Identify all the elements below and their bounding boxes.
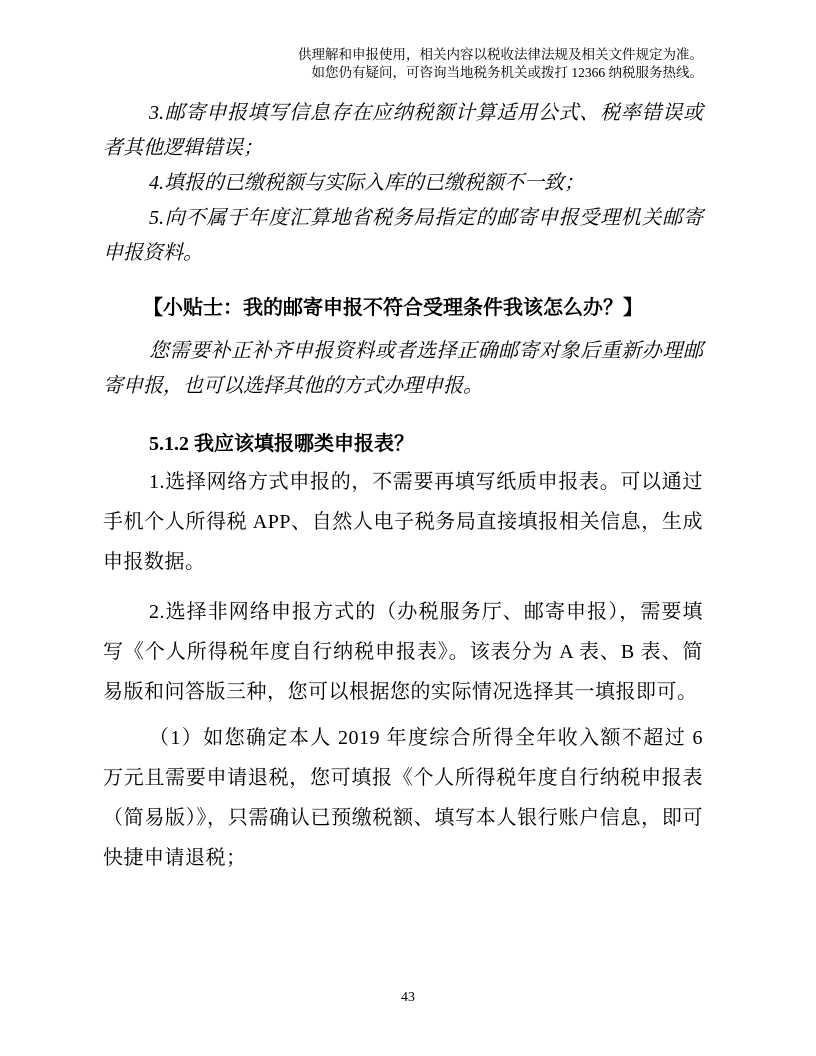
header-note-line2: 如您仍有疑问，可咨询当地税务机关或拨打 12366 纳税服务热线。 xyxy=(103,64,703,82)
header-note-line1: 供理解和申报使用，相关内容以税收法律法规及相关文件规定为准。 xyxy=(103,46,703,64)
paragraph-1: 1.选择网络方式申报的，不需要再填写纸质申报表。可以通过手机个人所得税 APP、… xyxy=(103,462,703,582)
section-heading-5-1-2: 5.1.2 我应该填报哪类申报表？ xyxy=(103,426,703,462)
list-item-3: 3.邮寄申报填写信息存在应纳税额计算适用公式、税率错误或者其他逻辑错误； xyxy=(103,96,703,166)
tip-body: 您需要补正补齐申报资料或者选择正确邮寄对象后重新办理邮寄申报，也可以选择其他的方… xyxy=(103,334,703,404)
document-body: 3.邮寄申报填写信息存在应纳税额计算适用公式、税率错误或者其他逻辑错误； 4.填… xyxy=(103,96,703,878)
document-page: 供理解和申报使用，相关内容以税收法律法规及相关文件规定为准。 如您仍有疑问，可咨… xyxy=(0,0,816,1056)
paragraph-3: （1）如您确定本人 2019 年度综合所得全年收入额不超过 6 万元且需要申请退… xyxy=(103,718,703,878)
list-item-5: 5.向不属于年度汇算地省税务局指定的邮寄申报受理机关邮寄申报资料。 xyxy=(103,201,703,271)
page-header-note: 供理解和申报使用，相关内容以税收法律法规及相关文件规定为准。 如您仍有疑问，可咨… xyxy=(103,46,703,82)
tip-heading: 【小贴士：我的邮寄申报不符合受理条件我该怎么办？】 xyxy=(103,291,703,326)
paragraph-2: 2.选择非网络申报方式的（办税服务厅、邮寄申报），需要填写《个人所得税年度自行纳… xyxy=(103,592,703,712)
list-item-4: 4.填报的已缴税额与实际入库的已缴税额不一致； xyxy=(103,166,703,201)
page-number: 43 xyxy=(0,988,816,1008)
